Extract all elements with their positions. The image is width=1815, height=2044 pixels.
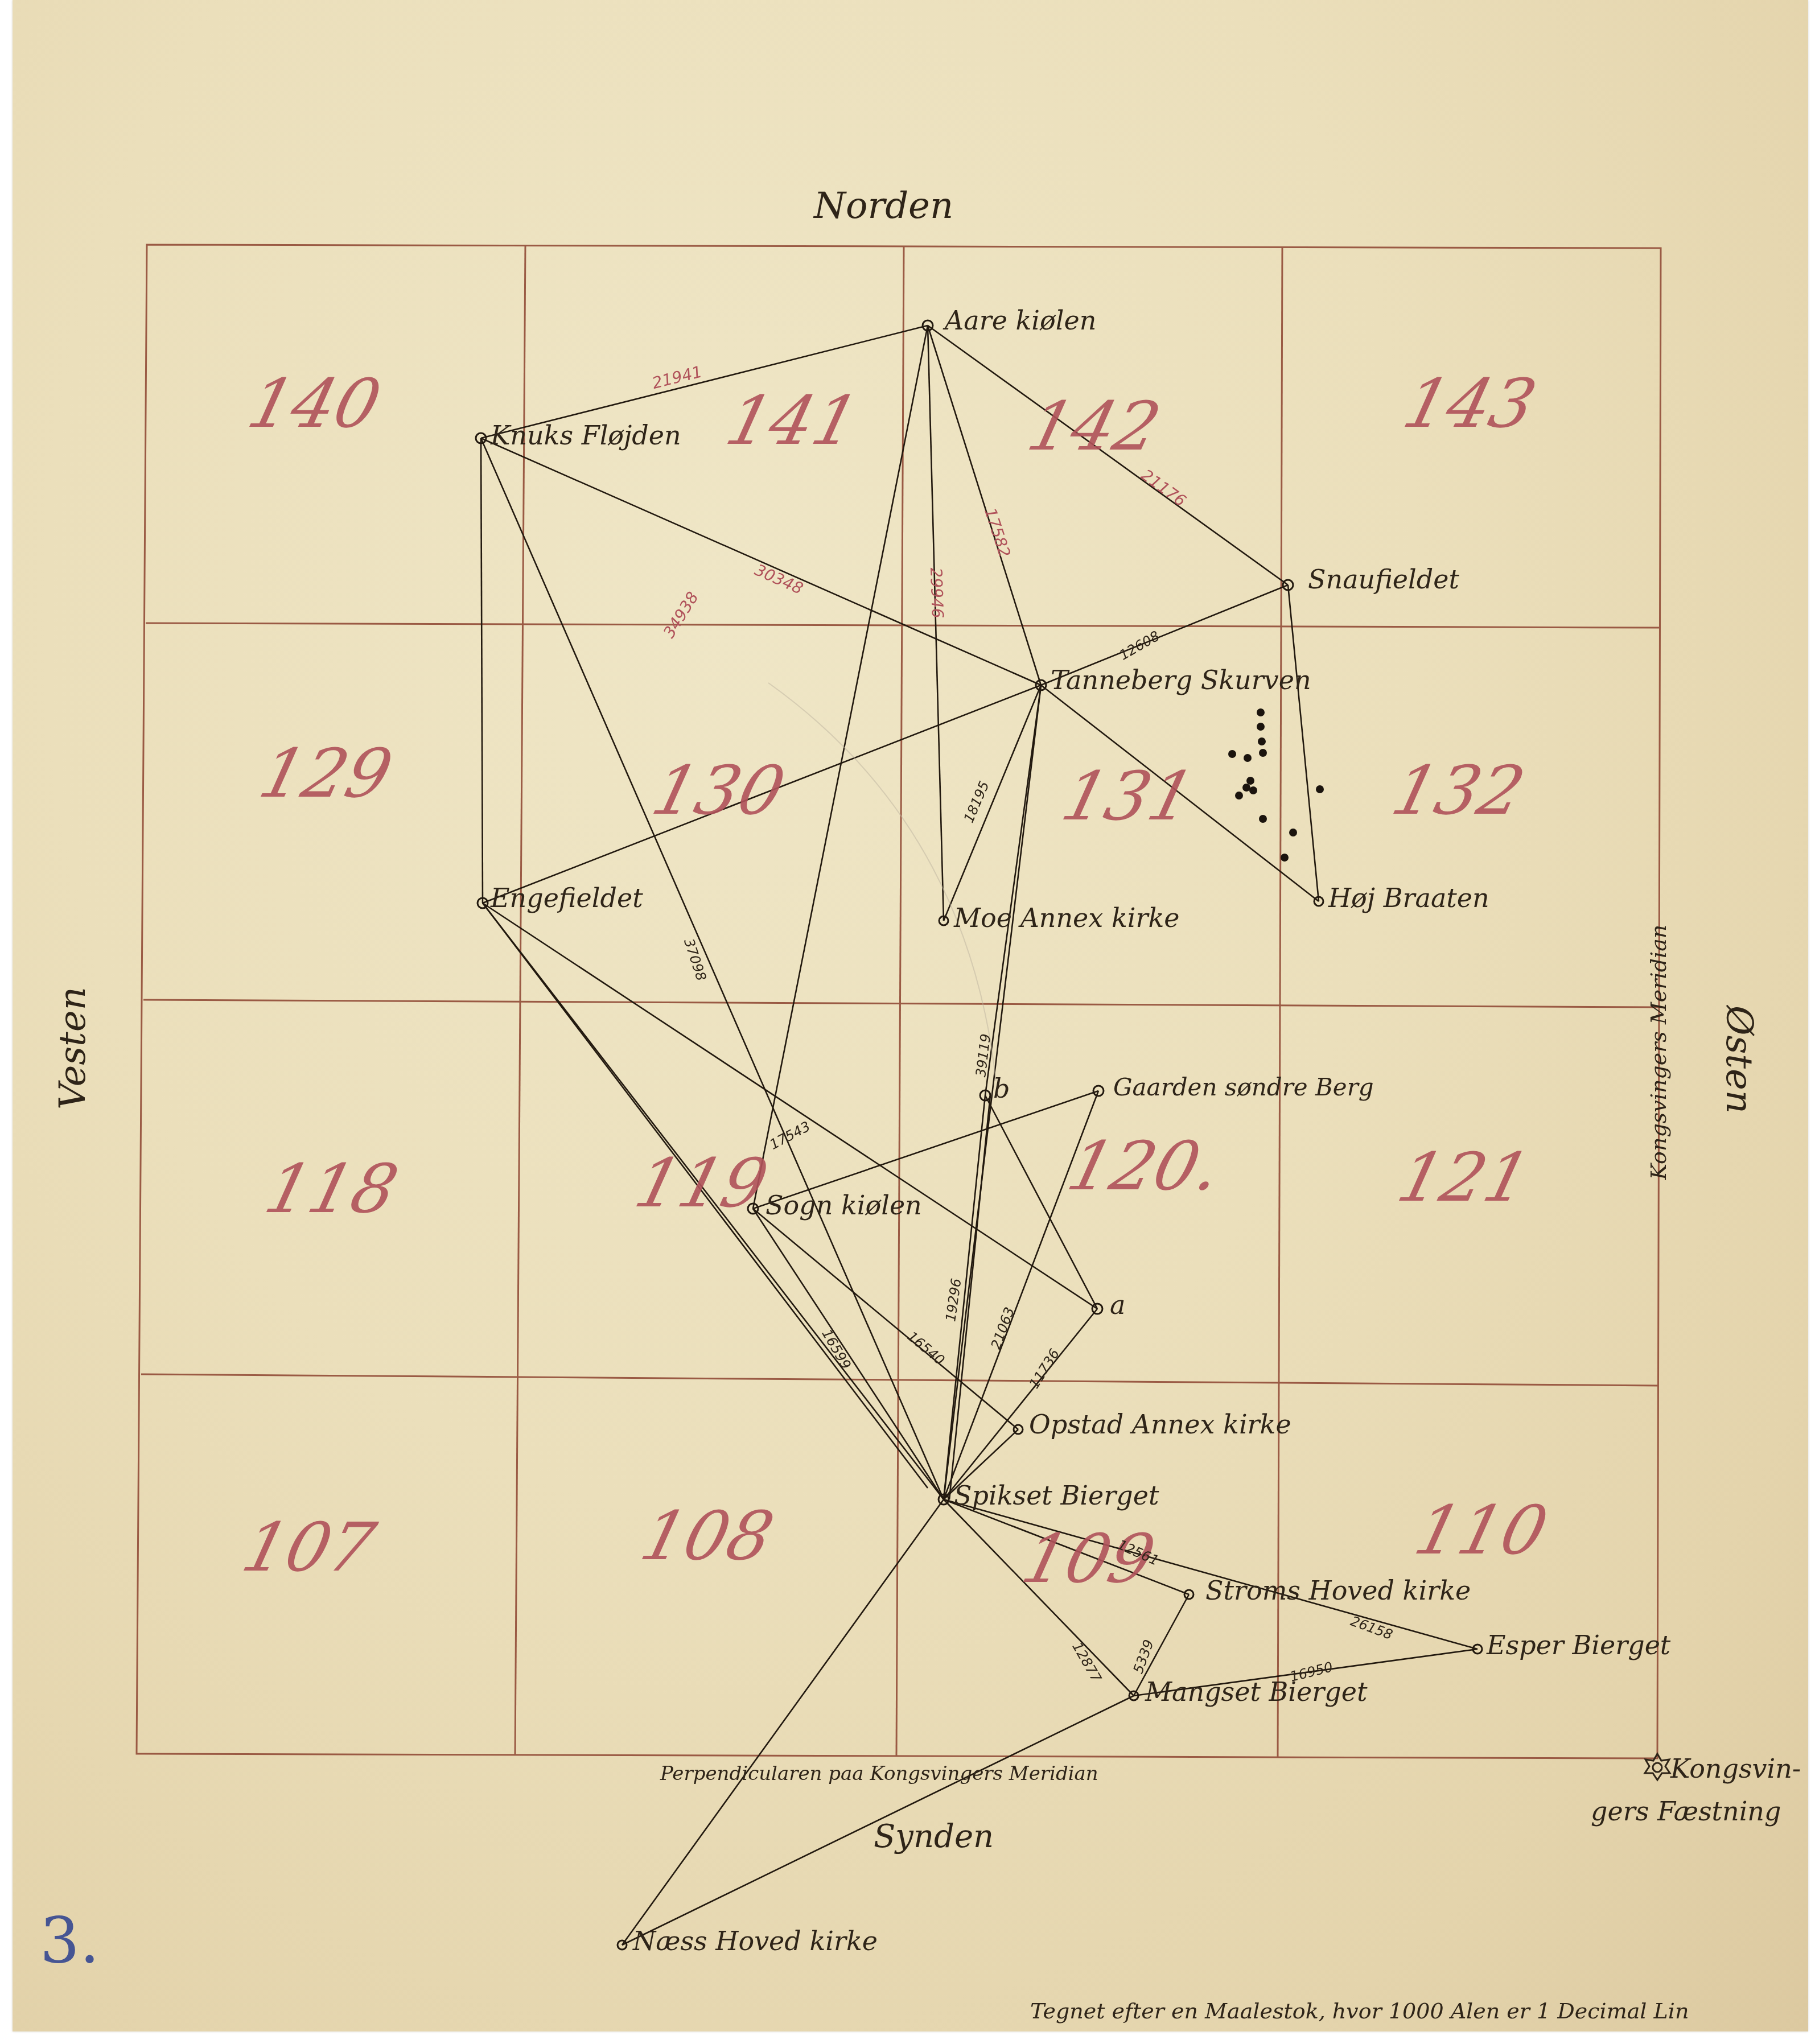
cell-number: 141 — [720, 387, 865, 454]
station-label-hoj[interactable]: Høj Braaten — [1328, 885, 1489, 911]
fortress-label-line1: Kongsvin- — [1670, 1755, 1801, 1782]
fortress-label-line2: gers Fæstning — [1591, 1798, 1781, 1824]
cell-number: 143 — [1397, 370, 1542, 437]
cell-number: 129 — [253, 740, 398, 807]
cardinal-west-label: Vesten — [55, 987, 91, 1110]
cell-number: 130 — [646, 757, 791, 824]
perpendicular-label: Perpendicularen paa Kongsvingers Meridia… — [660, 1764, 1098, 1783]
station-label-gaarden[interactable]: Gaarden søndre Berg — [1113, 1075, 1374, 1099]
archive-stamp-number: 3. — [40, 1909, 100, 1972]
station-label-spikset[interactable]: Spikset Bierget — [954, 1482, 1159, 1509]
station-label-moe[interactable]: Moe Annex kirke — [954, 905, 1180, 931]
cell-number: 118 — [259, 1155, 404, 1222]
cell-number: 107 — [236, 1514, 381, 1581]
cell-number: 120. — [1061, 1132, 1228, 1200]
station-label-b[interactable]: b — [993, 1075, 1010, 1102]
station-label-knuks[interactable]: Knuks Fløjden — [491, 422, 681, 448]
scale-note: Tegnet efter en Maalestok, hvor 1000 Ale… — [1030, 2000, 1689, 2022]
station-label-tanne[interactable]: Tanneberg Skurven — [1051, 667, 1311, 693]
station-label-esper[interactable]: Esper Bierget — [1487, 1632, 1670, 1658]
cell-number: 121 — [1392, 1144, 1537, 1211]
station-label-mangset[interactable]: Mangset Bierget — [1145, 1679, 1367, 1705]
pencil-arc — [768, 683, 996, 1081]
station-label-opsta[interactable]: Opstad Annex kirke — [1029, 1411, 1291, 1437]
station-label-naes[interactable]: Næss Hoved kirke — [633, 1928, 878, 1954]
station-label-a[interactable]: a — [1110, 1292, 1125, 1318]
cell-number: 142 — [1022, 393, 1167, 460]
cell-number: 119 — [629, 1149, 774, 1217]
cell-number: 131 — [1056, 763, 1201, 830]
station-label-snau[interactable]: Snaufieldet — [1308, 566, 1459, 592]
cell-number: 110 — [1409, 1497, 1554, 1564]
station-label-stroms[interactable]: Stroms Hoved kirke — [1205, 1577, 1471, 1604]
cardinal-east-label: Østen — [1721, 1005, 1757, 1114]
cell-number: 132 — [1386, 757, 1531, 824]
station-label-aare[interactable]: Aare kiølen — [945, 307, 1096, 333]
triangulation-map — [0, 0, 1815, 2044]
cell-number: 140 — [242, 370, 387, 437]
distance-label: 29946 — [928, 567, 945, 619]
station-label-enge[interactable]: Engefieldet — [491, 885, 643, 911]
cardinal-south-label: Synden — [874, 1821, 994, 1853]
station-label-sogn[interactable]: Sogn kiølen — [765, 1192, 922, 1218]
meridian-label: Kongsvingers Meridian — [1648, 925, 1669, 1180]
cell-number: 108 — [635, 1502, 780, 1569]
cardinal-north-label: Norden — [814, 188, 953, 224]
